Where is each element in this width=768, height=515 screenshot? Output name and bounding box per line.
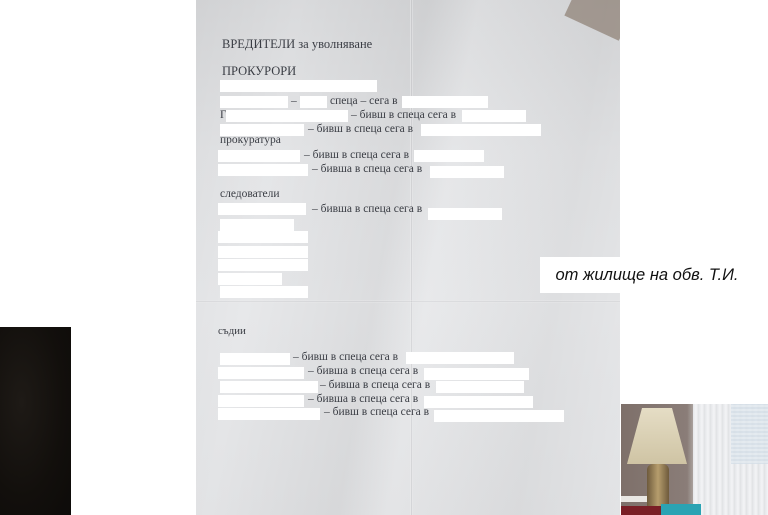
line-text: – бивш в спеца сега в <box>351 109 456 122</box>
redaction <box>300 96 327 108</box>
redaction <box>226 110 348 122</box>
line-text: – бивша в спеца сега в <box>308 365 418 378</box>
teal-object <box>661 504 701 515</box>
line-text: – бивш в спеца сега в <box>308 123 413 136</box>
section-heading-investigators: следователи <box>220 188 280 201</box>
redaction <box>220 353 290 365</box>
section-heading-prosecutors: ПРОКУРОРИ <box>222 65 296 78</box>
redaction <box>424 396 533 408</box>
redaction <box>421 124 541 136</box>
paper-corner-shadow <box>564 0 620 41</box>
redaction <box>218 164 308 176</box>
photo-caption: от жилище на обв. Т.И. <box>540 257 754 293</box>
redaction <box>220 96 288 108</box>
redaction <box>220 219 294 231</box>
redaction <box>218 150 300 162</box>
line-text: – бивш в спеца сега в <box>324 406 429 419</box>
line-text: – бивш в спеца сега в <box>293 351 398 364</box>
redaction <box>218 231 308 243</box>
line-text: – бивша в спеца сега в <box>308 393 418 406</box>
section-heading-judges: съдии <box>218 325 246 338</box>
redaction <box>428 208 502 220</box>
section-heading-prosecution-office: прокуратура <box>220 134 281 147</box>
redaction <box>402 96 488 108</box>
line-text: – бивш в спеца сега в <box>304 149 409 162</box>
document-title: ВРЕДИТЕЛИ за уволняване <box>222 38 372 51</box>
redaction <box>406 352 514 364</box>
redaction <box>218 408 320 420</box>
redaction <box>218 395 304 407</box>
redaction <box>218 203 306 215</box>
paper-fold-horizontal <box>196 300 620 303</box>
redaction <box>218 259 308 271</box>
dark-photo-fragment <box>0 327 71 515</box>
line-text: спеца – сега в <box>330 95 398 108</box>
redaction <box>430 166 504 178</box>
redaction <box>220 286 308 298</box>
red-object <box>621 506 663 515</box>
redaction <box>436 381 524 393</box>
line-text: – бивша в спеца сега в <box>312 203 422 216</box>
redaction <box>434 410 564 422</box>
redaction <box>220 381 318 393</box>
lamp-shade <box>627 408 687 464</box>
lamp-base <box>647 464 669 508</box>
redaction <box>218 273 282 285</box>
redaction <box>424 368 529 380</box>
room-photo-fragment <box>621 404 768 515</box>
redaction <box>218 246 308 258</box>
line-text: – бивша в спеца сега в <box>312 163 422 176</box>
redaction <box>220 80 377 92</box>
redaction <box>218 367 304 379</box>
paper-fold-vertical <box>410 0 413 515</box>
line-text: – бивша в спеца сега в <box>320 379 430 392</box>
line-dash: – <box>291 95 297 108</box>
redaction <box>462 110 526 122</box>
redaction <box>414 150 484 162</box>
window <box>731 404 768 464</box>
